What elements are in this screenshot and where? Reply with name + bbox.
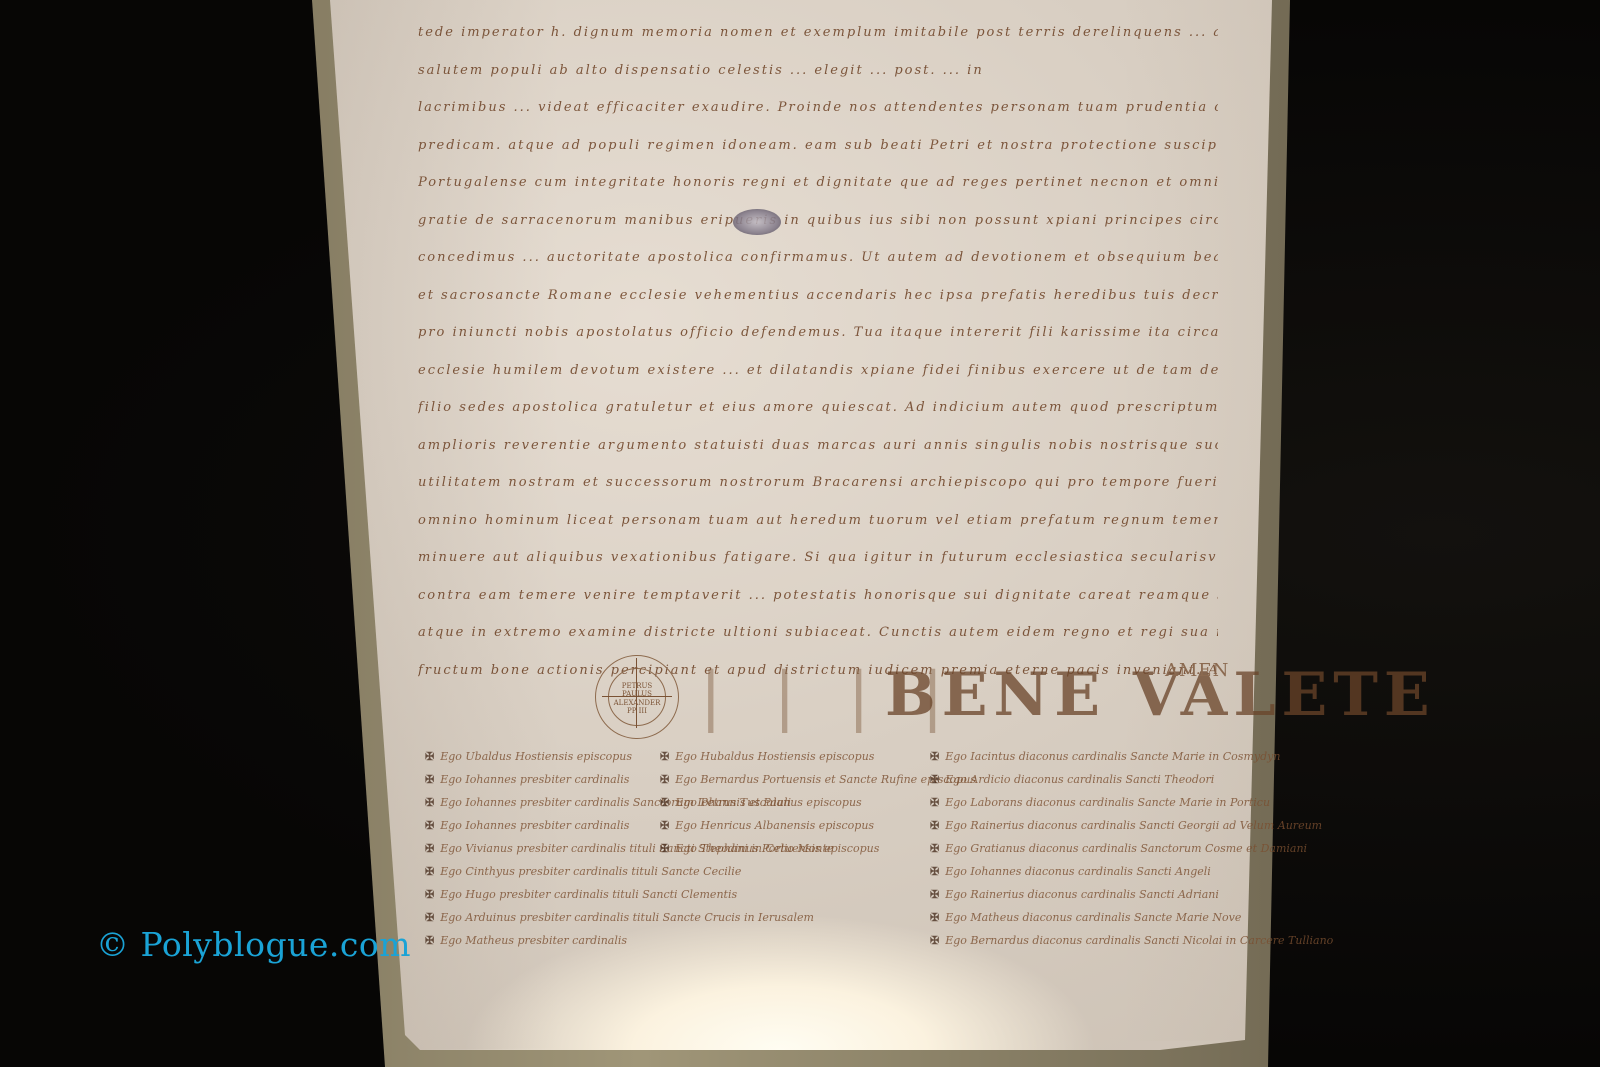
cross-icon: ✠ bbox=[425, 819, 434, 832]
subscription-line: ✠Ego Vivianus presbiter cardinalis titul… bbox=[425, 837, 675, 860]
cross-icon: ✠ bbox=[425, 750, 434, 763]
subscription-line: ✠Ego Rainerius diaconus cardinalis Sanct… bbox=[930, 814, 1180, 837]
manuscript-line: amplioris reverentie argumento statuisti… bbox=[418, 427, 1218, 465]
copyright-watermark: © Polyblogue.com bbox=[96, 925, 411, 964]
cross-icon: ✠ bbox=[425, 888, 434, 901]
manuscript-line: omnino hominum liceat personam tuam aut … bbox=[418, 502, 1218, 540]
manuscript-line: Portugalense cum integritate honoris reg… bbox=[418, 164, 1218, 202]
manuscript-line: et sacrosancte Romane ecclesie vehementi… bbox=[418, 277, 1218, 315]
cross-icon: ✠ bbox=[660, 842, 669, 855]
subscription-line: ✠Ego Arduinus presbiter cardinalis titul… bbox=[425, 906, 675, 929]
subscription-line: ✠Ego Henricus Albanensis episcopus bbox=[660, 814, 910, 837]
cross-icon: ✠ bbox=[660, 819, 669, 832]
manuscript-line: utilitatem nostram et successorum nostro… bbox=[418, 464, 1218, 502]
manuscript-line: tede imperator h. dignum memoria nomen e… bbox=[418, 14, 1218, 52]
subscription-line: ✠Ego Hubaldus Hostiensis episcopus bbox=[660, 745, 910, 768]
subscription-column-3: ✠Ego Iacintus diaconus cardinalis Sancte… bbox=[930, 745, 1180, 952]
subscription-column-2: ✠Ego Hubaldus Hostiensis episcopus ✠Ego … bbox=[660, 745, 910, 860]
cross-icon: ✠ bbox=[425, 842, 434, 855]
subscription-line: ✠Ego Iacintus diaconus cardinalis Sancte… bbox=[930, 745, 1180, 768]
cross-icon: ✠ bbox=[425, 934, 434, 947]
manuscript-line: lacrimibus ... videat efficaciter exaudi… bbox=[418, 89, 1218, 127]
cross-icon: ✠ bbox=[930, 934, 939, 947]
manuscript-line: atque in extremo examine districte ultio… bbox=[418, 614, 1218, 652]
subscription-line: ✠Ego Gratianus diaconus cardinalis Sanct… bbox=[930, 837, 1180, 860]
papal-rota-seal: PETRUS PAULUS ALEXANDER PP III bbox=[595, 655, 679, 739]
cross-icon: ✠ bbox=[930, 842, 939, 855]
subscription-line: ✠Ego Matheus diaconus cardinalis Sancte … bbox=[930, 906, 1180, 929]
manuscript-line: pro iniuncti nobis apostolatus officio d… bbox=[418, 314, 1218, 352]
subscription-line: ✠Ego Theodinus Portuensis episcopus bbox=[660, 837, 910, 860]
amen-mark: AMEN bbox=[1165, 660, 1229, 681]
cross-icon: ✠ bbox=[425, 773, 434, 786]
cross-icon: ✠ bbox=[660, 773, 669, 786]
subscription-line: ✠Ego Ubaldus Hostiensis episcopus bbox=[425, 745, 675, 768]
rota-upper-text: PETRUS PAULUS bbox=[608, 682, 666, 698]
manuscript-line: minuere aut aliquibus vexationibus fatig… bbox=[418, 539, 1218, 577]
cross-icon: ✠ bbox=[930, 911, 939, 924]
manuscript-line: predicam. atque ad populi regimen idonea… bbox=[418, 127, 1218, 165]
cross-icon: ✠ bbox=[425, 865, 434, 878]
cross-icon: ✠ bbox=[660, 796, 669, 809]
subscription-line: ✠Ego Iohannes presbiter cardinalis bbox=[425, 768, 675, 791]
cross-icon: ✠ bbox=[660, 750, 669, 763]
benevalete-monogram: BENE VALETE bbox=[885, 660, 1436, 730]
rota-lower-text: ALEXANDER PP III bbox=[608, 699, 666, 715]
manuscript-line: contra eam temere venire temptaverit ...… bbox=[418, 577, 1218, 615]
subscription-line: ✠Ego Hugo presbiter cardinalis tituli Sa… bbox=[425, 883, 675, 906]
subscription-line: ✠Ego Ardicio diaconus cardinalis Sancti … bbox=[930, 768, 1180, 791]
cross-icon: ✠ bbox=[930, 888, 939, 901]
subscription-line: ✠Ego Laborans diaconus cardinalis Sancte… bbox=[930, 791, 1180, 814]
subscription-line: ✠Ego Iohannes presbiter cardinalis bbox=[425, 814, 675, 837]
cross-icon: ✠ bbox=[930, 819, 939, 832]
cross-icon: ✠ bbox=[930, 750, 939, 763]
subscription-line: ✠Ego Bernardus Portuensis et Sancte Rufi… bbox=[660, 768, 910, 791]
cross-icon: ✠ bbox=[425, 796, 434, 809]
cross-icon: ✠ bbox=[930, 773, 939, 786]
subscription-line: ✠Ego Matheus presbiter cardinalis bbox=[425, 929, 675, 952]
ink-stamp-mark bbox=[733, 209, 781, 235]
subscription-line: ✠Ego Iohannes diaconus cardinalis Sancti… bbox=[930, 860, 1180, 883]
subscription-line: ✠Ego Bernardus diaconus cardinalis Sanct… bbox=[930, 929, 1180, 952]
cross-icon: ✠ bbox=[425, 911, 434, 924]
subscription-line: ✠Ego Petrus Tusculanus episcopus bbox=[660, 791, 910, 814]
cross-icon: ✠ bbox=[930, 796, 939, 809]
manuscript-line: concedimus ... auctoritate apostolica co… bbox=[418, 239, 1218, 277]
cross-icon: ✠ bbox=[930, 865, 939, 878]
subscription-line: ✠Ego Iohannes presbiter cardinalis Sanct… bbox=[425, 791, 675, 814]
manuscript-line: filio sedes apostolica gratuletur et eiu… bbox=[418, 389, 1218, 427]
manuscript-body-text: tede imperator h. dignum memoria nomen e… bbox=[418, 14, 1218, 689]
manuscript-line: ecclesie humilem devotum existere ... et… bbox=[418, 352, 1218, 390]
manuscript-line: gratie de sarracenorum manibus eripueris… bbox=[418, 202, 1218, 240]
subscription-line: ✠Ego Rainerius diaconus cardinalis Sanct… bbox=[930, 883, 1180, 906]
manuscript-line: salutem populi ab alto dispensatio celes… bbox=[418, 52, 1218, 90]
subscription-column-1: ✠Ego Ubaldus Hostiensis episcopus ✠Ego I… bbox=[425, 745, 675, 952]
subscription-line: ✠Ego Cinthyus presbiter cardinalis titul… bbox=[425, 860, 675, 883]
